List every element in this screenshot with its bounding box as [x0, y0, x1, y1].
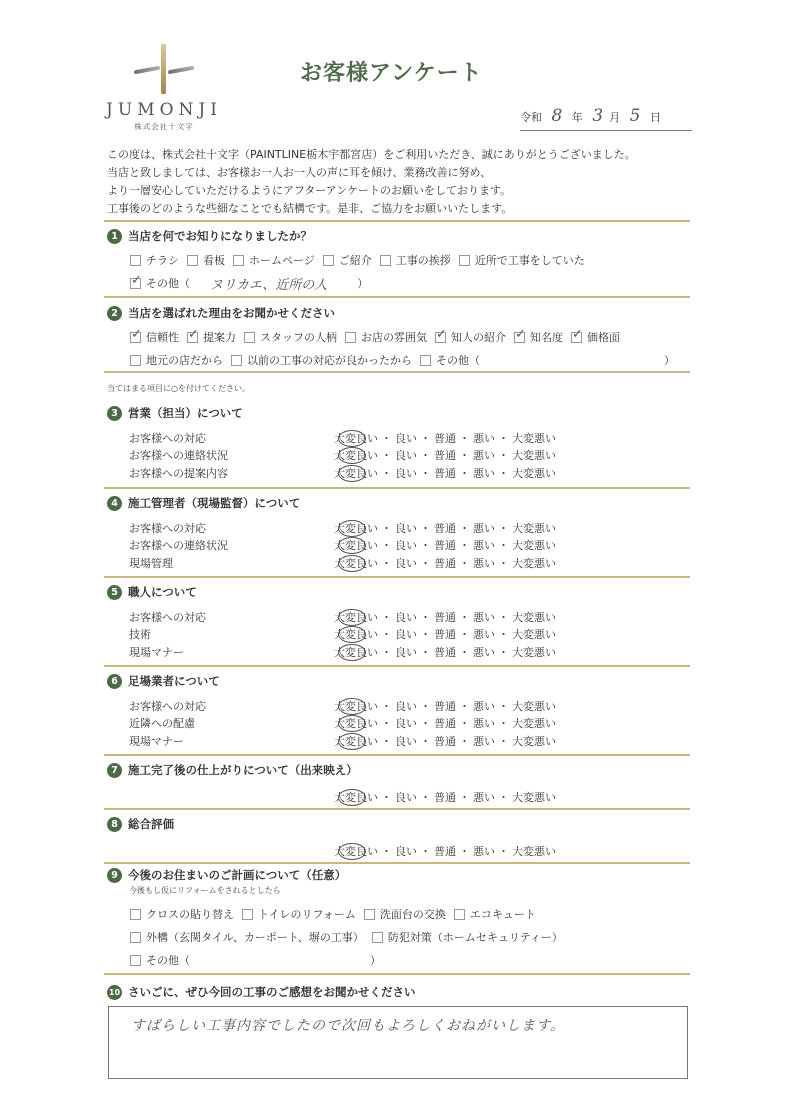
- year-value[interactable]: 8: [552, 106, 563, 126]
- rating-label: 技術: [107, 626, 334, 642]
- option-very-bad[interactable]: 大変悪い: [512, 467, 556, 480]
- option-very-bad[interactable]: 大変悪い: [512, 539, 556, 552]
- month-value[interactable]: 3: [592, 106, 603, 126]
- company-logo: JUMONJI 株式会社十文字: [104, 44, 224, 136]
- rating-row: 現場マナー大変良い・良い・普通・悪い・大変悪い: [107, 732, 690, 750]
- checkbox-recognition[interactable]: 知名度: [514, 329, 563, 345]
- checkbox-icon[interactable]: [454, 909, 465, 920]
- checkbox-checked-icon[interactable]: [435, 332, 446, 343]
- option-average[interactable]: 普通: [434, 700, 456, 713]
- rating-label: 現場マナー: [107, 644, 334, 660]
- sep: ・: [381, 449, 392, 462]
- option-label: 提案力: [203, 329, 236, 345]
- checkbox-checked-icon[interactable]: [187, 332, 198, 343]
- rating-row: お客様への対応大変良い・良い・普通・悪い・大変悪い: [107, 697, 690, 715]
- checkbox-referral[interactable]: ご紹介: [323, 252, 372, 268]
- option-label: お店の雰囲気: [361, 329, 427, 345]
- checkbox-checked-icon[interactable]: [130, 278, 141, 289]
- option-bad[interactable]: 悪い: [473, 467, 495, 480]
- sep: ・: [498, 700, 509, 713]
- rating-row: 現場マナー大変良い・良い・普通・悪い・大変悪い: [107, 643, 690, 661]
- option-bad[interactable]: 悪い: [473, 845, 495, 858]
- paren-close: ）: [357, 275, 368, 291]
- checkbox-security[interactable]: 防犯対策（ホームセキュリティー）: [372, 929, 563, 945]
- option-very-bad[interactable]: 大変悪い: [512, 717, 556, 730]
- question-number-badge: 7: [107, 763, 122, 778]
- option-average[interactable]: 普通: [434, 628, 456, 641]
- option-very-good-selected[interactable]: 大変良い: [334, 735, 378, 748]
- option-very-bad[interactable]: 大変悪い: [512, 791, 556, 804]
- option-very-good-selected[interactable]: 大変良い: [334, 628, 378, 641]
- option-average[interactable]: 普通: [434, 539, 456, 552]
- option-very-good-selected[interactable]: 大変良い: [334, 646, 378, 659]
- option-good[interactable]: 良い: [395, 611, 417, 624]
- question-title: 当店を選ばれた理由をお聞かせください: [128, 305, 335, 321]
- question-title: 当店を何でお知りになりましたか？: [128, 228, 312, 244]
- option-very-bad[interactable]: 大変悪い: [512, 432, 556, 445]
- option-bad[interactable]: 悪い: [473, 717, 495, 730]
- question-6: 6足場業者について お客様への対応大変良い・良い・普通・悪い・大変悪い 近隣への…: [107, 672, 690, 750]
- rating-row: お客様への提案内容大変良い・良い・普通・悪い・大変悪い: [107, 464, 690, 482]
- jumonji-logo-icon: [104, 44, 224, 98]
- rating-label: 現場管理: [107, 555, 334, 571]
- divider: [104, 808, 690, 810]
- rating-row: 近隣への配慮大変良い・良い・普通・悪い・大変悪い: [107, 715, 690, 733]
- sep: ・: [381, 735, 392, 748]
- checkbox-toilet[interactable]: トイレのリフォーム: [242, 906, 356, 922]
- sep: ・: [498, 845, 509, 858]
- option-label: 近所で工事をしていた: [475, 252, 585, 268]
- checkbox-acquaintance[interactable]: 知人の紹介: [435, 329, 506, 345]
- sep: ・: [498, 467, 509, 480]
- option-bad[interactable]: 悪い: [473, 646, 495, 659]
- checkbox-local[interactable]: 地元の店だから: [130, 352, 223, 368]
- option-average[interactable]: 普通: [434, 557, 456, 570]
- option-good[interactable]: 良い: [395, 432, 417, 445]
- rating-scale[interactable]: 大変良い・良い・普通・悪い・大変悪い: [334, 698, 556, 714]
- checkbox-exterior[interactable]: 外構（玄関タイル、カーポート、塀の工事）: [130, 929, 364, 945]
- checkbox-ecocute[interactable]: エコキュート: [454, 906, 536, 922]
- rating-row: お客様への連絡状況大変良い・良い・普通・悪い・大変悪い: [107, 447, 690, 465]
- rating-label: 現場マナー: [107, 733, 334, 749]
- divider: [104, 754, 690, 756]
- option-very-good-selected[interactable]: 大変良い: [334, 717, 378, 730]
- option-average[interactable]: 普通: [434, 646, 456, 659]
- divider: [104, 220, 690, 222]
- rating-row: お客様への連絡状況大変良い・良い・普通・悪い・大変悪い: [107, 537, 690, 555]
- option-bad[interactable]: 悪い: [473, 791, 495, 804]
- rating-label: お客様への対応: [107, 520, 334, 536]
- checkbox-other[interactable]: その他（: [130, 275, 190, 291]
- question-title: 職人について: [128, 584, 197, 600]
- sep: ・: [459, 791, 470, 804]
- checkbox-icon[interactable]: [233, 255, 244, 266]
- option-good[interactable]: 良い: [395, 700, 417, 713]
- checkbox-atmosphere[interactable]: お店の雰囲気: [345, 329, 427, 345]
- option-very-bad[interactable]: 大変悪い: [512, 700, 556, 713]
- checkbox-icon[interactable]: [130, 255, 141, 266]
- question-number-badge: 3: [107, 406, 122, 421]
- option-bad[interactable]: 悪い: [473, 522, 495, 535]
- option-very-good-selected[interactable]: 大変良い: [334, 700, 378, 713]
- question-2: 2当店を選ばれた理由をお聞かせください 信頼性 提案力 スタッフの人柄 お店の雰…: [107, 304, 690, 370]
- sep: ・: [420, 628, 431, 641]
- option-very-good-selected[interactable]: 大変良い: [334, 432, 378, 445]
- checkbox-checked-icon[interactable]: [130, 332, 141, 343]
- option-label: その他（: [146, 952, 190, 968]
- question-10: 10さいごに、ぜひ今回の工事のご感想をお聞かせください: [107, 983, 690, 1001]
- sep: ・: [498, 539, 509, 552]
- option-label: エコキュート: [470, 906, 536, 922]
- survey-page: JUMONJI 株式会社十文字 お客様アンケート 令和 8 年 3月 5 日 こ…: [0, 0, 785, 1112]
- option-average[interactable]: 普通: [434, 432, 456, 445]
- rating-scale[interactable]: 大変良い・良い・普通・悪い・大変悪い: [334, 537, 556, 553]
- question-8: 8総合評価 大変良い・良い・普通・悪い・大変悪い: [107, 815, 690, 860]
- sep: ・: [420, 467, 431, 480]
- checkbox-wallpaper[interactable]: クロスの貼り替え: [130, 906, 234, 922]
- sep: ・: [498, 791, 509, 804]
- checkbox-nearby-work[interactable]: 近所で工事をしていた: [459, 252, 585, 268]
- checkbox-other[interactable]: その他（: [420, 352, 480, 368]
- intro-text: この度は、株式会社十文字（PAINTLINE栃木宇都宮店）をご利用いただき、誠に…: [107, 146, 636, 218]
- question-1: 1当店を何でお知りになりましたか？ チラシ 看板 ホームページ ご紹介 工事の挨…: [107, 227, 690, 293]
- option-very-good-selected[interactable]: 大変良い: [334, 539, 378, 552]
- option-very-good-selected[interactable]: 大変良い: [334, 522, 378, 535]
- question-subtitle: 今後もし仮にリフォームをされるとしたら: [129, 884, 690, 898]
- option-very-bad[interactable]: 大変悪い: [512, 522, 556, 535]
- question-5: 5職人について お客様への対応大変良い・良い・普通・悪い・大変悪い 技術大変良い…: [107, 583, 690, 661]
- checkbox-kanban[interactable]: 看板: [187, 252, 225, 268]
- option-good[interactable]: 良い: [395, 522, 417, 535]
- checkbox-reliability[interactable]: 信頼性: [130, 329, 179, 345]
- option-average[interactable]: 普通: [434, 522, 456, 535]
- checkbox-icon[interactable]: [130, 909, 141, 920]
- option-good[interactable]: 良い: [395, 791, 417, 804]
- option-good[interactable]: 良い: [395, 646, 417, 659]
- option-very-good-selected[interactable]: 大変良い: [334, 791, 378, 804]
- checkbox-icon[interactable]: [345, 332, 356, 343]
- sep: ・: [498, 557, 509, 570]
- question-4: 4施工管理者（現場監督）について お客様への対応大変良い・良い・普通・悪い・大変…: [107, 494, 690, 572]
- option-very-bad[interactable]: 大変悪い: [512, 646, 556, 659]
- option-good[interactable]: 良い: [395, 539, 417, 552]
- question-3: 3営業（担当）について お客様への対応大変良い・良い・普通・悪い・大変悪い お客…: [107, 404, 690, 482]
- option-bad[interactable]: 悪い: [473, 735, 495, 748]
- option-label: スタッフの人柄: [260, 329, 337, 345]
- option-average[interactable]: 普通: [434, 467, 456, 480]
- sep: ・: [381, 539, 392, 552]
- sep: ・: [459, 467, 470, 480]
- rating-label: お客様への対応: [107, 609, 334, 625]
- option-very-bad[interactable]: 大変悪い: [512, 557, 556, 570]
- sep: ・: [381, 628, 392, 641]
- option-good[interactable]: 良い: [395, 735, 417, 748]
- option-label: 外構（玄関タイル、カーポート、塀の工事）: [146, 929, 364, 945]
- option-good[interactable]: 良い: [395, 557, 417, 570]
- checkbox-icon[interactable]: [130, 355, 141, 366]
- sep: ・: [420, 449, 431, 462]
- checkbox-icon[interactable]: [130, 955, 141, 966]
- checkbox-icon[interactable]: [244, 332, 255, 343]
- question-number-badge: 1: [107, 229, 122, 244]
- question-title: 今後のお住まいのご計画について（任意）: [128, 867, 346, 883]
- option-good[interactable]: 良い: [395, 717, 417, 730]
- checkbox-icon[interactable]: [380, 255, 391, 266]
- rating-label: お客様への対応: [107, 698, 334, 714]
- rating-row: 大変良い・良い・普通・悪い・大変悪い: [107, 842, 690, 860]
- sep: ・: [381, 791, 392, 804]
- checkbox-checked-icon[interactable]: [571, 332, 582, 343]
- sep: ・: [420, 522, 431, 535]
- sep: ・: [420, 432, 431, 445]
- rating-scale[interactable]: 大変良い・良い・普通・悪い・大変悪い: [334, 715, 556, 731]
- sep: ・: [420, 646, 431, 659]
- logo-name: JUMONJI: [104, 100, 224, 120]
- option-label: ホームページ: [249, 252, 315, 268]
- option-very-good-selected[interactable]: 大変良い: [334, 449, 378, 462]
- sep: ・: [381, 522, 392, 535]
- sep: ・: [498, 717, 509, 730]
- rating-scale[interactable]: 大変良い・良い・普通・悪い・大変悪い: [334, 430, 556, 446]
- comment-text: すばらしい工事内容でしたので次回もよろしくおねがいします。: [131, 1015, 565, 1035]
- question-9: 9今後のお住まいのご計画について（任意） 今後もし仮にリフォームをされるとしたら…: [107, 866, 690, 970]
- checkbox-checked-icon[interactable]: [514, 332, 525, 343]
- rating-row: 大変良い・良い・普通・悪い・大変悪い: [107, 788, 690, 806]
- sep: ・: [459, 646, 470, 659]
- sep: ・: [459, 557, 470, 570]
- year-label: 年: [572, 111, 583, 124]
- rating-row: お客様への対応大変良い・良い・普通・悪い・大変悪い: [107, 429, 690, 447]
- sep: ・: [381, 611, 392, 624]
- rating-scale[interactable]: 大変良い・良い・普通・悪い・大変悪い: [334, 626, 556, 642]
- checkbox-washbasin[interactable]: 洗面台の交換: [364, 906, 446, 922]
- paren-close: ）: [664, 352, 675, 368]
- sep: ・: [459, 628, 470, 641]
- checkbox-icon[interactable]: [242, 909, 253, 920]
- option-bad[interactable]: 悪い: [473, 700, 495, 713]
- question-title: 総合評価: [128, 816, 174, 832]
- divider: [104, 665, 690, 667]
- checkbox-icon[interactable]: [459, 255, 470, 266]
- rating-scale[interactable]: 大変良い・良い・普通・悪い・大変悪い: [334, 447, 556, 463]
- option-bad[interactable]: 悪い: [473, 539, 495, 552]
- sep: ・: [381, 646, 392, 659]
- checkbox-proposal[interactable]: 提案力: [187, 329, 236, 345]
- sep: ・: [420, 717, 431, 730]
- sep: ・: [420, 735, 431, 748]
- divider: [104, 487, 690, 489]
- era-label: 令和: [520, 111, 542, 124]
- rating-scale[interactable]: 大変良い・良い・普通・悪い・大変悪い: [334, 733, 556, 749]
- option-label: チラシ: [146, 252, 179, 268]
- sep: ・: [459, 735, 470, 748]
- sep: ・: [420, 845, 431, 858]
- option-label: 以前の工事の対応が良かったから: [247, 352, 412, 368]
- sep: ・: [459, 700, 470, 713]
- sep: ・: [498, 628, 509, 641]
- question-title: 施工完了後の仕上がりについて（出来映え）: [128, 762, 358, 778]
- question-number-badge: 5: [107, 585, 122, 600]
- sep: ・: [381, 700, 392, 713]
- month-label: 月: [609, 111, 620, 124]
- checkbox-homepage[interactable]: ホームページ: [233, 252, 315, 268]
- rating-row: お客様への対応大変良い・良い・普通・悪い・大変悪い: [107, 519, 690, 537]
- paren-close: ）: [370, 952, 381, 968]
- option-label: 知人の紹介: [451, 329, 506, 345]
- option-very-bad[interactable]: 大変悪い: [512, 735, 556, 748]
- option-label: 地元の店だから: [146, 352, 223, 368]
- question-number-badge: 8: [107, 817, 122, 832]
- option-label: その他（: [146, 275, 190, 291]
- sep: ・: [498, 432, 509, 445]
- rating-label: お客様への連絡状況: [107, 537, 334, 553]
- sep: ・: [420, 700, 431, 713]
- rating-scale[interactable]: 大変良い・良い・普通・悪い・大変悪い: [334, 644, 556, 660]
- rating-row: 現場管理大変良い・良い・普通・悪い・大変悪い: [107, 554, 690, 572]
- option-average[interactable]: 普通: [434, 449, 456, 462]
- option-good[interactable]: 良い: [395, 845, 417, 858]
- comment-textarea[interactable]: すばらしい工事内容でしたので次回もよろしくおねがいします。: [108, 1006, 688, 1079]
- divider: [104, 296, 690, 298]
- option-bad[interactable]: 悪い: [473, 432, 495, 445]
- rating-scale[interactable]: 大変良い・良い・普通・悪い・大変悪い: [334, 843, 556, 859]
- intro-line: より一層安心していただけるようにアフターアンケートのお願いをしております。: [107, 182, 636, 200]
- sep: ・: [459, 432, 470, 445]
- option-label: 価格面: [587, 329, 620, 345]
- option-average[interactable]: 普通: [434, 611, 456, 624]
- rating-scale[interactable]: 大変良い・良い・普通・悪い・大変悪い: [334, 465, 556, 481]
- page-title: お客様アンケート: [300, 56, 483, 87]
- rating-label: 近隣への配慮: [107, 715, 334, 731]
- sep: ・: [420, 557, 431, 570]
- option-label: 洗面台の交換: [380, 906, 446, 922]
- question-7: 7施工完了後の仕上がりについて（出来映え） 大変良い・良い・普通・悪い・大変悪い: [107, 761, 690, 806]
- option-average[interactable]: 普通: [434, 717, 456, 730]
- rating-scale[interactable]: 大変良い・良い・普通・悪い・大変悪い: [334, 520, 556, 536]
- checkbox-previous-work[interactable]: 以前の工事の対応が良かったから: [231, 352, 412, 368]
- question-title: 営業（担当）について: [128, 405, 243, 421]
- sep: ・: [420, 611, 431, 624]
- rating-label: お客様への対応: [107, 430, 334, 446]
- logo-subtitle: 株式会社十文字: [104, 121, 224, 132]
- option-average[interactable]: 普通: [434, 735, 456, 748]
- checkbox-chirashi[interactable]: チラシ: [130, 252, 179, 268]
- option-bad[interactable]: 悪い: [473, 449, 495, 462]
- intro-line: 工事後のどのような些細なことでも結構です。是非、ご協力をお願いいたします。: [107, 200, 636, 218]
- option-bad[interactable]: 悪い: [473, 611, 495, 624]
- option-good[interactable]: 良い: [395, 628, 417, 641]
- sep: ・: [381, 557, 392, 570]
- checkbox-other[interactable]: その他（: [130, 952, 190, 968]
- checkbox-price[interactable]: 価格面: [571, 329, 620, 345]
- question-number-badge: 10: [107, 985, 122, 1000]
- checkbox-icon[interactable]: [364, 909, 375, 920]
- day-label: 日: [650, 111, 661, 124]
- option-bad[interactable]: 悪い: [473, 628, 495, 641]
- option-very-bad[interactable]: 大変悪い: [512, 628, 556, 641]
- sep: ・: [459, 522, 470, 535]
- option-good[interactable]: 良い: [395, 449, 417, 462]
- sep: ・: [498, 522, 509, 535]
- sep: ・: [459, 717, 470, 730]
- rating-scale[interactable]: 大変良い・良い・普通・悪い・大変悪い: [334, 609, 556, 625]
- rating-scale[interactable]: 大変良い・良い・普通・悪い・大変悪い: [334, 789, 556, 805]
- option-very-good-selected[interactable]: 大変良い: [334, 611, 378, 624]
- sep: ・: [381, 717, 392, 730]
- option-average[interactable]: 普通: [434, 791, 456, 804]
- checkbox-construction-greeting[interactable]: 工事の挨拶: [380, 252, 451, 268]
- option-label: クロスの貼り替え: [146, 906, 234, 922]
- divider: [104, 862, 690, 864]
- option-label: ご紹介: [339, 252, 372, 268]
- intro-line: この度は、株式会社十文字（PAINTLINE栃木宇都宮店）をご利用いただき、誠に…: [107, 146, 636, 164]
- sep: ・: [459, 611, 470, 624]
- question-number-badge: 2: [107, 306, 122, 321]
- question-number-badge: 4: [107, 496, 122, 511]
- other-text-input[interactable]: ヌリカエ、近所の人: [210, 274, 327, 293]
- checkbox-staff[interactable]: スタッフの人柄: [244, 329, 337, 345]
- sep: ・: [381, 845, 392, 858]
- sep: ・: [498, 735, 509, 748]
- sep: ・: [381, 467, 392, 480]
- date-field[interactable]: 令和 8 年 3月 5 日: [520, 106, 692, 131]
- sep: ・: [498, 611, 509, 624]
- option-bad[interactable]: 悪い: [473, 557, 495, 570]
- option-label: 信頼性: [146, 329, 179, 345]
- option-label: 知名度: [530, 329, 563, 345]
- question-title: 施工管理者（現場監督）について: [128, 495, 300, 511]
- option-very-bad[interactable]: 大変悪い: [512, 611, 556, 624]
- question-number-badge: 6: [107, 674, 122, 689]
- option-very-good-selected[interactable]: 大変良い: [334, 467, 378, 480]
- checkbox-icon[interactable]: [231, 355, 242, 366]
- option-label: 防犯対策（ホームセキュリティー）: [388, 929, 563, 945]
- option-very-bad[interactable]: 大変悪い: [512, 449, 556, 462]
- checkbox-icon[interactable]: [420, 355, 431, 366]
- sep: ・: [420, 539, 431, 552]
- question-title: さいごに、ぜひ今回の工事のご感想をお聞かせください: [128, 984, 416, 1000]
- sep: ・: [459, 845, 470, 858]
- question-number-badge: 9: [107, 868, 122, 883]
- option-very-bad[interactable]: 大変悪い: [512, 845, 556, 858]
- option-very-good-selected[interactable]: 大変良い: [334, 845, 378, 858]
- option-very-good-selected[interactable]: 大変良い: [334, 557, 378, 570]
- question-title: 足場業者について: [128, 673, 220, 689]
- option-label: トイレのリフォーム: [258, 906, 356, 922]
- rating-label: お客様への提案内容: [107, 465, 334, 481]
- checkbox-icon[interactable]: [130, 932, 141, 943]
- rating-row: 技術大変良い・良い・普通・悪い・大変悪い: [107, 626, 690, 644]
- checkbox-icon[interactable]: [187, 255, 198, 266]
- day-value[interactable]: 5: [630, 106, 641, 126]
- rating-instruction: 当てはまる項目に○を付けてください。: [107, 383, 250, 394]
- sep: ・: [498, 449, 509, 462]
- option-label: 看板: [203, 252, 225, 268]
- divider: [104, 973, 690, 975]
- rating-scale[interactable]: 大変良い・良い・普通・悪い・大変悪い: [334, 555, 556, 571]
- option-label: その他（: [436, 352, 480, 368]
- option-label: 工事の挨拶: [396, 252, 451, 268]
- option-good[interactable]: 良い: [395, 467, 417, 480]
- intro-line: 当店と致しましては、お客様お一人お一人の声に耳を傾け、業務改善に努め、: [107, 164, 636, 182]
- checkbox-icon[interactable]: [323, 255, 334, 266]
- option-average[interactable]: 普通: [434, 845, 456, 858]
- rating-label: お客様への連絡状況: [107, 447, 334, 463]
- sep: ・: [381, 432, 392, 445]
- divider: [104, 576, 690, 578]
- sep: ・: [459, 449, 470, 462]
- checkbox-icon[interactable]: [372, 932, 383, 943]
